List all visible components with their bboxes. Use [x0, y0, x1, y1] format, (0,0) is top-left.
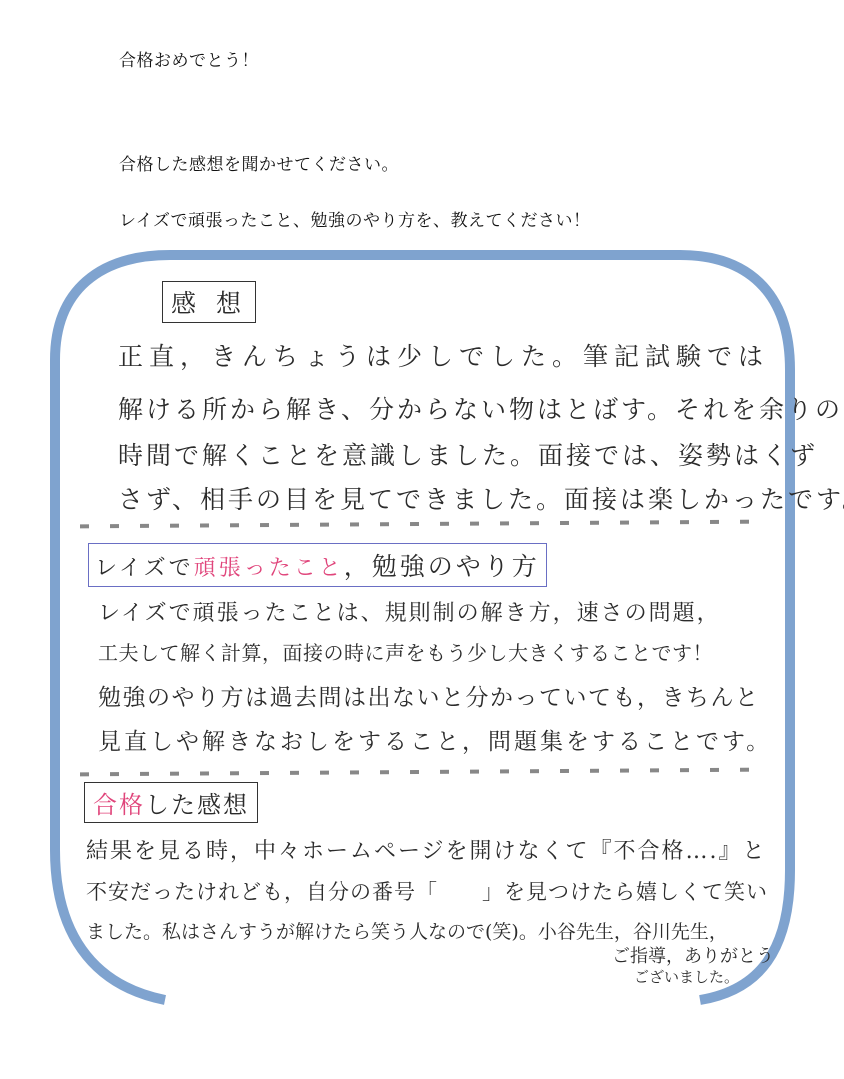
heading-text: レイズで: [95, 556, 194, 581]
text-line: 工夫して解く計算，面接の時に声をもう少し大きくすることです！: [98, 637, 713, 666]
text-line: さず、相手の目を見てできました。面接は楽しかったです。: [118, 480, 844, 516]
text-line: 不安だったけれども，自分の番号「 」を見つけたら嬉しくて笑い: [86, 876, 768, 906]
text-line: 解ける所から解き、分からない物はとばす。それを余りの: [118, 390, 843, 426]
text-line: 勉強のやり方は過去問は出ないと分かっていても，きちんと: [98, 679, 760, 712]
heading-highlight: 合格: [93, 791, 145, 819]
text-line: 時間で解くことを意識しました。面接では、姿勢はくず: [118, 436, 818, 472]
text-line: ご指導，ありがとう: [612, 942, 774, 968]
heading-text: した感想: [145, 791, 249, 819]
heading-highlight: 頑張ったこと: [194, 556, 344, 581]
text-line: 正直，きんちょうは少しでした。筆記試験では: [118, 337, 769, 373]
text-line: 見直しや解きなおしをすること，問題集をすることです。: [98, 723, 772, 756]
text-line: 結果を見る時，中々ホームページを開けなくて『不合格….』と: [86, 834, 767, 865]
text-line: レイズで頑張ったことは、規則制の解き方，速さの問題，: [98, 596, 721, 627]
heading-text: 感 想: [171, 289, 247, 318]
section-heading-effort: レイズで頑張ったこと，勉強のやり方: [88, 543, 547, 587]
text-line: ました。私はさんすうが解けたら笑う人なので(笑)。小谷先生，谷川先生，: [86, 917, 728, 944]
heading-text: ，勉強のやり方: [344, 552, 540, 581]
section-heading-impressions: 感 想: [162, 281, 256, 323]
text-line: ございました。: [634, 966, 739, 987]
section-heading-pass-impressions: 合格した感想: [84, 782, 258, 823]
